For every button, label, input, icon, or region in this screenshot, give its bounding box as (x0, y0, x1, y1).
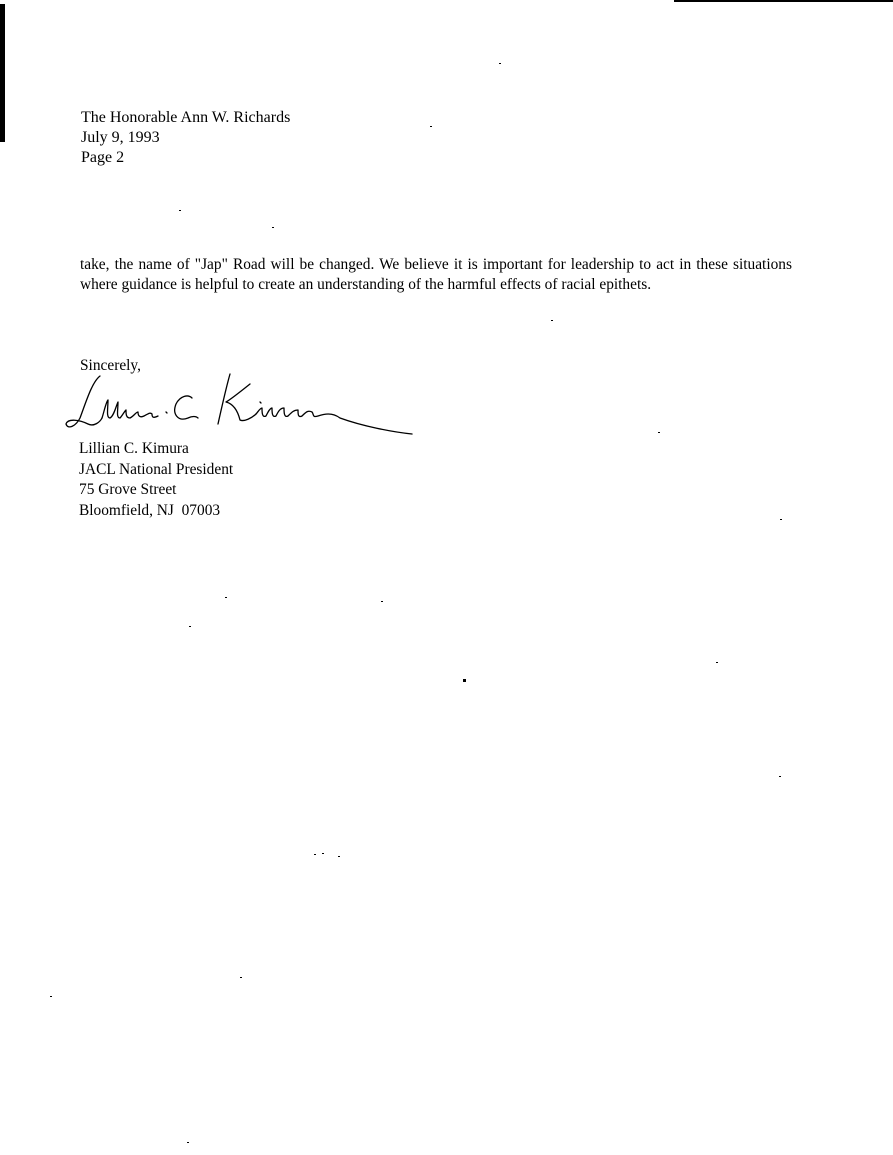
scan-edge-left (0, 4, 5, 142)
scan-speck (551, 320, 553, 321)
page-number: Page 2 (81, 148, 290, 168)
scan-speck (50, 996, 52, 997)
signature-block: Lillian C. Kimura JACL National Presiden… (79, 439, 233, 521)
scan-speck (499, 63, 501, 64)
date-line: July 9, 1993 (81, 128, 290, 148)
scan-speck (240, 977, 242, 978)
body-paragraph: take, the name of "Jap" Road will be cha… (80, 255, 792, 295)
scan-speck (779, 776, 781, 777)
recipient-line: The Honorable Ann W. Richards (81, 108, 290, 128)
scan-speck (225, 597, 227, 598)
letter-header: The Honorable Ann W. Richards July 9, 19… (81, 108, 290, 168)
scan-speck (780, 519, 782, 520)
scan-speck (187, 1142, 189, 1143)
scan-speck (322, 853, 324, 854)
scan-speck (716, 662, 718, 663)
scan-speck (179, 210, 181, 211)
scan-speck (658, 432, 660, 433)
signer-title: JACL National President (79, 460, 233, 481)
scan-speck (381, 601, 383, 602)
scan-speck (314, 854, 316, 855)
scan-speck (338, 856, 340, 857)
address-city: Bloomfield, NJ 07003 (79, 501, 233, 522)
scan-speck (189, 626, 191, 627)
address-street: 75 Grove Street (79, 480, 233, 501)
scan-speck (463, 679, 466, 682)
scan-edge-top (674, 0, 893, 2)
signer-name: Lillian C. Kimura (79, 439, 233, 460)
scan-speck (430, 126, 432, 127)
scan-speck (272, 227, 274, 228)
handwritten-signature (62, 372, 422, 442)
